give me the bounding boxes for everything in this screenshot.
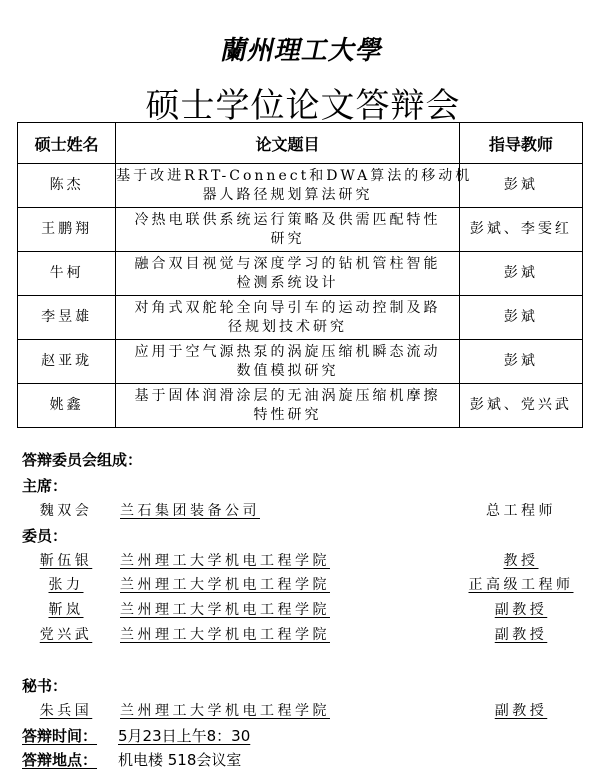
members-label: 委员： [22,526,67,546]
secretary-title: 副教授 [451,701,591,721]
member-org: 兰州理工大学机电工程学院 [120,575,330,595]
member-org: 兰州理工大学机电工程学院 [120,600,330,620]
thesis-table: 硕士姓名 论文题目 指导教师 陈杰 基于改进RRT-Connect和DWA算法的… [17,122,583,428]
advisor: 彭斌、党兴武 [459,384,582,428]
student-name: 李昱雄 [18,296,116,340]
table-row: 牛柯 融合双目视觉与深度学习的钻机管柱智能 检测系统设计 彭斌 [18,252,583,296]
advisor: 彭斌、李雯红 [459,208,582,252]
thesis-title: 应用于空气源热泵的涡旋压缩机瞬态流动 数值模拟研究 [116,340,460,384]
member-title-text: 教授 [504,553,539,569]
table-row: 李昱雄 对角式双舵轮全向导引车的运动控制及路 径规划技术研究 彭斌 [18,296,583,340]
committee-heading: 答辩委员会组成： [22,450,142,470]
student-name: 王鹏翔 [18,208,116,252]
secretary-title-text: 副教授 [495,703,548,719]
thesis-title-line: 应用于空气源热泵的涡旋压缩机瞬态流动 [116,343,459,362]
column-header-thesis-title: 论文题目 [116,123,460,164]
member-title-text: 副教授 [495,602,548,618]
defense-time-label: 答辩时间： [22,726,110,746]
member-title: 副教授 [451,625,591,645]
member-name: 靳岚 [34,600,98,620]
thesis-title-line: 研究 [116,230,459,249]
table-row: 陈杰 基于改进RRT-Connect和DWA算法的移动机 器人路径规划算法研究 … [18,164,583,208]
chair-label: 主席： [22,476,67,496]
thesis-title: 融合双目视觉与深度学习的钻机管柱智能 检测系统设计 [116,252,460,296]
column-header-name: 硕士姓名 [18,123,116,164]
student-name: 牛柯 [18,252,116,296]
member-title: 正高级工程师 [451,575,591,595]
thesis-title-line: 融合双目视觉与深度学习的钻机管柱智能 [116,255,459,274]
student-name: 姚鑫 [18,384,116,428]
table-row: 赵亚珑 应用于空气源热泵的涡旋压缩机瞬态流动 数值模拟研究 彭斌 [18,340,583,384]
secretary-org: 兰州理工大学机电工程学院 [120,701,330,721]
member-name: 党兴武 [34,625,98,645]
member-title-text: 副教授 [495,627,548,643]
member-name: 张力 [34,575,98,595]
thesis-title-line: 基于改进RRT-Connect和DWA算法的移动机 [116,167,459,186]
defense-location-value: 机电楼 518会议室 [118,750,241,770]
secretary-label: 秘书： [22,676,67,696]
advisor: 彭斌 [459,164,582,208]
defense-time-value: 5月23日上午8：30 [118,726,250,746]
thesis-title: 基于改进RRT-Connect和DWA算法的移动机 器人路径规划算法研究 [116,164,460,208]
secretary-name: 朱兵国 [34,701,98,721]
thesis-title-line: 数值模拟研究 [116,362,459,381]
thesis-title-line: 特性研究 [116,406,459,425]
member-title: 教授 [451,551,591,571]
defense-location-label: 答辩地点： [22,750,110,770]
thesis-title-line: 检测系统设计 [116,274,459,293]
member-name: 靳伍银 [34,551,98,571]
chair-org: 兰石集团装备公司 [120,501,260,521]
advisor: 彭斌 [459,296,582,340]
member-org: 兰州理工大学机电工程学院 [120,551,330,571]
member-title-text: 正高级工程师 [469,577,574,593]
thesis-title: 基于固体润滑涂层的无油涡旋压缩机摩擦 特性研究 [116,384,460,428]
column-header-advisor: 指导教师 [459,123,582,164]
university-logo: 蘭州理工大學 [0,30,606,67]
table-header-row: 硕士姓名 论文题目 指导教师 [18,123,583,164]
table-row: 王鹏翔 冷热电联供系统运行策略及供需匹配特性 研究 彭斌、李雯红 [18,208,583,252]
thesis-title-line: 径规划技术研究 [116,318,459,337]
page-title: 硕士学位论文答辩会 [0,78,606,127]
advisor: 彭斌 [459,340,582,384]
thesis-title-line: 冷热电联供系统运行策略及供需匹配特性 [116,211,459,230]
chair-name: 魏双会 [34,501,98,521]
thesis-title-line: 基于固体润滑涂层的无油涡旋压缩机摩擦 [116,387,459,406]
thesis-title-line: 对角式双舵轮全向导引车的运动控制及路 [116,299,459,318]
table-row: 姚鑫 基于固体润滑涂层的无油涡旋压缩机摩擦 特性研究 彭斌、党兴武 [18,384,583,428]
thesis-title: 对角式双舵轮全向导引车的运动控制及路 径规划技术研究 [116,296,460,340]
student-name: 赵亚珑 [18,340,116,384]
advisor: 彭斌 [459,252,582,296]
chair-title: 总工程师 [451,501,591,521]
thesis-title: 冷热电联供系统运行策略及供需匹配特性 研究 [116,208,460,252]
thesis-title-line: 器人路径规划算法研究 [116,186,459,205]
student-name: 陈杰 [18,164,116,208]
member-title: 副教授 [451,600,591,620]
member-org: 兰州理工大学机电工程学院 [120,625,330,645]
